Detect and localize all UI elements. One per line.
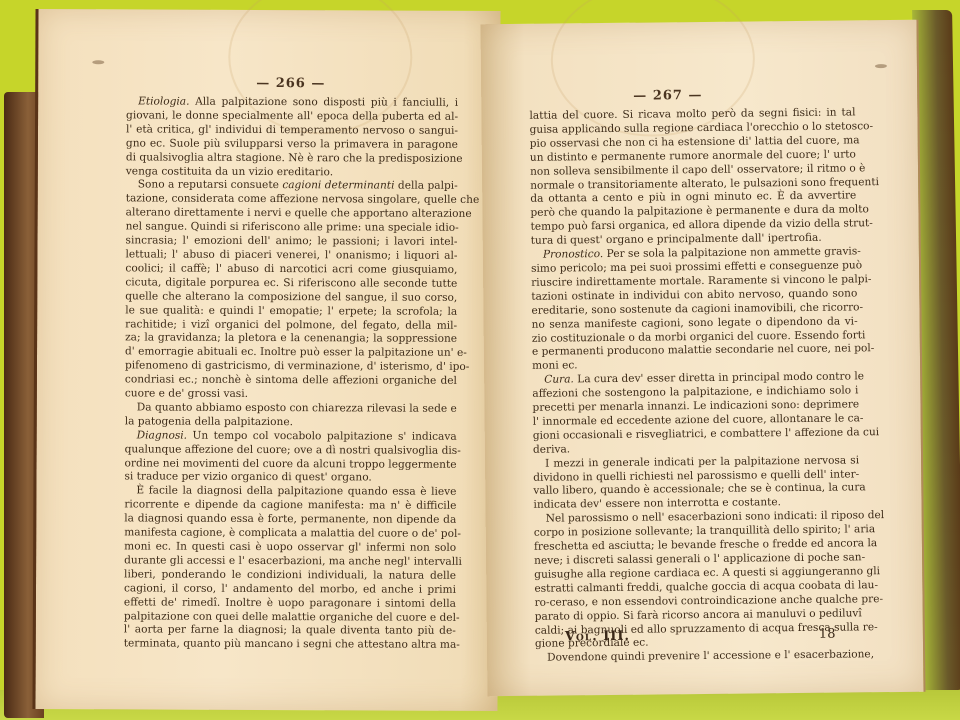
left-page-text: Etiologia. Alla palpitazione sono dispos… [124, 95, 458, 653]
text-line: liberi, ponderando le condizioni individ… [124, 568, 456, 583]
text-line: Dovendone quindi prevenire l' accessione… [535, 649, 861, 666]
text-line: cuore e de' grossi vasi. [125, 387, 457, 402]
signature-mark: 18 [819, 627, 836, 642]
volume-footer: Vol. III. [565, 629, 630, 645]
text-line: le sue qualità: e quindi l' emopatie; l'… [125, 304, 457, 319]
text-line: lettuali; l' abuso di piaceri venerei, l… [125, 248, 457, 263]
text-line: coolici; il caffè; l' abuso di narcotici… [125, 262, 457, 277]
text-line: giovani, le donne specialmente all' epoc… [126, 109, 458, 124]
page-number: — 267 — [633, 88, 702, 104]
section-heading: Cura. [544, 374, 574, 386]
text-line: nel sangue. Quindi si riferiscono alle p… [126, 221, 458, 236]
text-line: d' emorragie abituali ec. Inoltre può es… [125, 346, 457, 361]
text-line: la diagnosi quando essa è forte, permane… [124, 513, 456, 528]
text-line: la patogenia della palpitazione. [125, 415, 457, 430]
ink-mark [875, 64, 887, 68]
section-heading: Pronostico. [543, 248, 603, 261]
text-line: l' età critica, gl' individui di tempera… [126, 123, 458, 138]
text-line: terminata, quanto più mancano i segni ch… [124, 638, 456, 653]
text-line: di qualsivoglia altra stagione. Nè è rar… [126, 151, 458, 166]
text-line: condriasi ec.; nonchè è sintoma delle af… [125, 374, 457, 389]
text-line: cagioni, il corso, l' andamento del morb… [124, 582, 456, 597]
text-line: quelle che alterano la composizione del … [125, 290, 457, 305]
left-page: — 266 — Etiologia. Alla palpitazione son… [32, 9, 500, 711]
text-line: gno ec. Suole più svilupparsi verso la p… [126, 137, 458, 152]
text-line: l' aorta per farne la diagnosi; la quale… [124, 624, 456, 639]
text-line: pifenomeno di gastricismo, di verminazio… [125, 360, 457, 375]
text-line: za; la gravidanza; la pletora e la cenen… [125, 332, 457, 347]
section-heading: Etiologia. [138, 95, 189, 107]
text-line: Da quanto abbiamo esposto con chiarezza … [125, 401, 457, 416]
text-line: durante gli accessi e l' esacerbazioni, … [124, 554, 456, 569]
text-line: rachitide; i vizî organici del polmone, … [125, 318, 457, 333]
page-number: — 266 — [256, 76, 325, 91]
text-line: cicuta, digitale porpurea ec. Si riferis… [125, 276, 457, 291]
text-line: ricorrente e dipende da cagione manifest… [124, 499, 456, 514]
text-line: venga costituita da un vizio ereditario. [126, 165, 458, 180]
text-line: moni ec. In questi casi è uopo osservar … [124, 540, 456, 555]
text-line: tazione, considerata come affezione nerv… [126, 193, 458, 208]
text-line: palpitazione con quei delle malattie org… [124, 610, 456, 625]
text-line: Etiologia. Alla palpitazione sono dispos… [126, 95, 458, 110]
section-heading: Diagnosi. [137, 429, 187, 441]
text-line: ordine nei movimenti del cuore da alcuni… [125, 457, 457, 472]
text-line: manifesta cagione, è complicata a malatt… [124, 526, 456, 541]
text-line: Sono a reputarsi consuete cagioni determ… [126, 179, 458, 194]
text-line: qualunque affezione del cuore; ove a dì … [125, 443, 457, 458]
text-line: È facile la diagnosi della palpitazione … [124, 485, 456, 500]
text-line: sincrasia; l' emozioni dell' animo; le p… [125, 234, 457, 249]
right-page: — 267 — lattia del cuore. Si ricava molt… [480, 20, 925, 697]
text-line: alterano direttamente i nervi e quelle c… [126, 207, 458, 222]
right-page-text: lattia del cuore. Si ricava molto però d… [529, 106, 861, 666]
emphasis: cagioni determinanti [282, 180, 394, 192]
ink-mark [92, 60, 104, 64]
text-line: Diagnosi. Un tempo col vocabolo palpitaz… [125, 429, 457, 444]
text-line: effetti de' rimedî. Inoltre è uopo parag… [124, 596, 456, 611]
